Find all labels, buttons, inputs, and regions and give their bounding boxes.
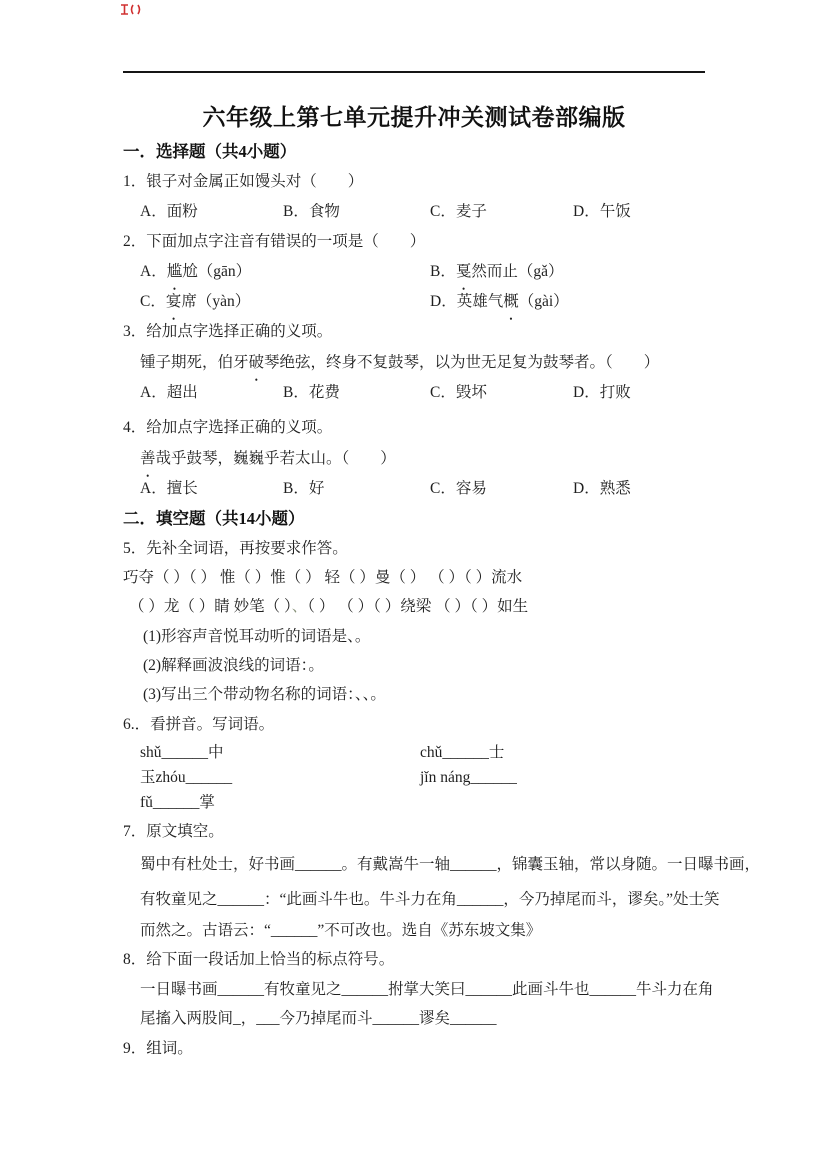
q2-options-row-2: C．宴席（yàn） D．英雄气概（gài） [123, 287, 705, 317]
q5-subitem-1: (1)形容声音悦耳动听的词语是、。 [123, 622, 705, 651]
pinyin-blank: jǐn náng______ [420, 765, 517, 790]
q7-passage-line-2: 有牧童见之______：“此画斗牛也。牛斗力在角______，今乃掉尾而斗，谬矣… [123, 882, 705, 917]
q6-pinyin-row: fǔ______掌 [123, 790, 705, 816]
q4-passage: 善哉乎鼓琴，巍巍乎若太山。（ ） [123, 443, 705, 474]
pinyin-blank: shǔ______中 [140, 740, 420, 765]
q5-subitem-2: (2)解释画波浪线的词语：。 [123, 651, 705, 680]
q9-stem: 9．组词。 [123, 1034, 705, 1064]
q4-stem: 4．给加点字选择正确的义项。 [123, 412, 705, 443]
option-label: A．超出 [140, 378, 283, 408]
text-segment: （ ） （ ）（ ）绕梁 （ ）（ ）如生 [307, 598, 528, 615]
text-segment: ， [241, 1010, 257, 1027]
text-segment: 锺子期死，伯牙 [140, 354, 249, 371]
q1-stem: 1．银子对金属正如馒头对（ ） [123, 167, 705, 197]
option-label: A．擅长 [140, 474, 283, 504]
q7-passage-line-1: 蜀中有杜处士，好书画______。有戴嵩牛一轴______，锦囊玉轴，常以身随。… [123, 847, 705, 882]
option-label: A．面粉 [140, 197, 283, 227]
emphasis-dotted-char: 戛 [456, 257, 472, 287]
q5-stem: 5．先补全词语，再按要求作答。 [123, 534, 705, 564]
pinyin-blank: fǔ______掌 [140, 790, 420, 816]
q8-stem: 8．给下面一段话加上恰当的标点符号。 [123, 944, 705, 975]
q2-options-row-1: A．尴尬（gān） B．戛然而止（gǎ） [123, 257, 705, 287]
top-rule [123, 71, 705, 73]
text-segment: B． [430, 263, 456, 280]
q6-pinyin-row: shǔ______中 chǔ______士 [123, 740, 705, 765]
q4-options: A．擅长 B．好 C．容易 D．熟悉 [123, 474, 705, 504]
option-label: B．戛然而止（gǎ） [430, 257, 564, 287]
option-label: D．英雄气概（gài） [430, 287, 569, 317]
text-segment: 然而止（gǎ） [471, 263, 563, 280]
text-segment: ___今乃掉尾而斗______谬矣______ [256, 1010, 496, 1027]
text-segment: 、 [292, 598, 308, 615]
text-segment: 尾搐入两股间_ [140, 1010, 241, 1027]
emphasis-dotted-char: 善 [140, 443, 156, 474]
q5-fill-line-2: （ ）龙（ ）睛 妙笔（ ）、（ ） （ ）（ ）绕梁 （ ）（ ）如生 [123, 592, 705, 622]
paper-content: 六年级上第七单元提升冲关测试卷部编版 一．选择题（共4小题） 1．银子对金属正如… [123, 0, 705, 1064]
q5-subitem-3: (3)写出三个带动物名称的词语：、、。 [123, 680, 705, 710]
option-label: B．好 [283, 474, 430, 504]
paper-title: 六年级上第七单元提升冲关测试卷部编版 [123, 99, 705, 137]
q5-fill-line-1: 巧夺（ ）（ ） 惟（ ）惟（ ） 轻（ ）曼（ ） （ ）（ ）流水 [123, 564, 705, 592]
text-segment: 琴绝弦，终身不复鼓琴，以为世无足复为鼓琴者。（ ） [264, 354, 659, 371]
test-paper-page: 六年级上第七单元提升冲关测试卷部编版 一．选择题（共4小题） 1．银子对金属正如… [0, 0, 826, 1169]
text-segment: 席（yàn） [181, 293, 250, 310]
q3-passage: 锺子期死，伯牙破琴绝弦，终身不复鼓琴，以为世无足复为鼓琴者。（ ） [123, 347, 705, 378]
text-segment: A． [140, 263, 167, 280]
section-1-heading: 一．选择题（共4小题） [123, 137, 705, 167]
q1-options: A．面粉 B．食物 C．麦子 D．午饭 [123, 197, 705, 227]
option-label: A．尴尬（gān） [140, 257, 430, 287]
section-2-heading: 二．填空题（共14小题） [123, 504, 705, 534]
option-label: B．食物 [283, 197, 430, 227]
text-segment: D．英雄气 [430, 293, 503, 310]
q7-stem: 7．原文填空。 [123, 816, 705, 847]
q8-passage-line-1: 一日曝书画______有牧童见之______拊掌大笑曰______此画斗牛也__… [123, 975, 705, 1004]
q3-stem: 3．给加点字选择正确的义项。 [123, 317, 705, 347]
emphasis-dotted-char: 宴 [166, 287, 182, 317]
emphasis-dotted-char: 尴 [167, 257, 183, 287]
option-label: C．容易 [430, 474, 573, 504]
emphasis-dotted-char: 破 [249, 347, 265, 378]
text-segment: C． [140, 293, 166, 310]
text-segment: 尬（gān） [182, 263, 251, 280]
q3-options: A．超出 B．花费 C．毁坏 D．打败 [123, 378, 705, 408]
q6-pinyin-row: 玉zhóu______ jǐn náng______ [123, 765, 705, 790]
option-label: B．花费 [283, 378, 430, 408]
option-label: C．毁坏 [430, 378, 573, 408]
q8-passage-line-2: 尾搐入两股间_，___今乃掉尾而斗______谬矣______ [123, 1004, 705, 1034]
q6-stem: 6.．看拼音。写词语。 [123, 710, 705, 740]
option-label: C．宴席（yàn） [140, 287, 430, 317]
option-label: D．熟悉 [573, 474, 631, 504]
pinyin-blank: chǔ______士 [420, 740, 504, 765]
text-segment: （ ）龙（ ）睛 妙笔（ ） [129, 598, 292, 615]
option-label: D．打败 [573, 378, 631, 408]
option-label: D．午饭 [573, 197, 631, 227]
q7-passage-line-3: 而然之。古语云：“______”不可改也。选自《苏东坡文集》 [123, 917, 705, 944]
emphasis-dotted-char: 概 [503, 287, 519, 317]
text-segment: 哉乎鼓琴，巍巍乎若太山。（ ） [156, 450, 396, 467]
option-label: C．麦子 [430, 197, 573, 227]
text-segment: （gài） [519, 293, 569, 310]
q2-stem: 2．下面加点字注音有错误的一项是（ ） [123, 227, 705, 257]
pinyin-blank: 玉zhóu______ [140, 765, 420, 790]
